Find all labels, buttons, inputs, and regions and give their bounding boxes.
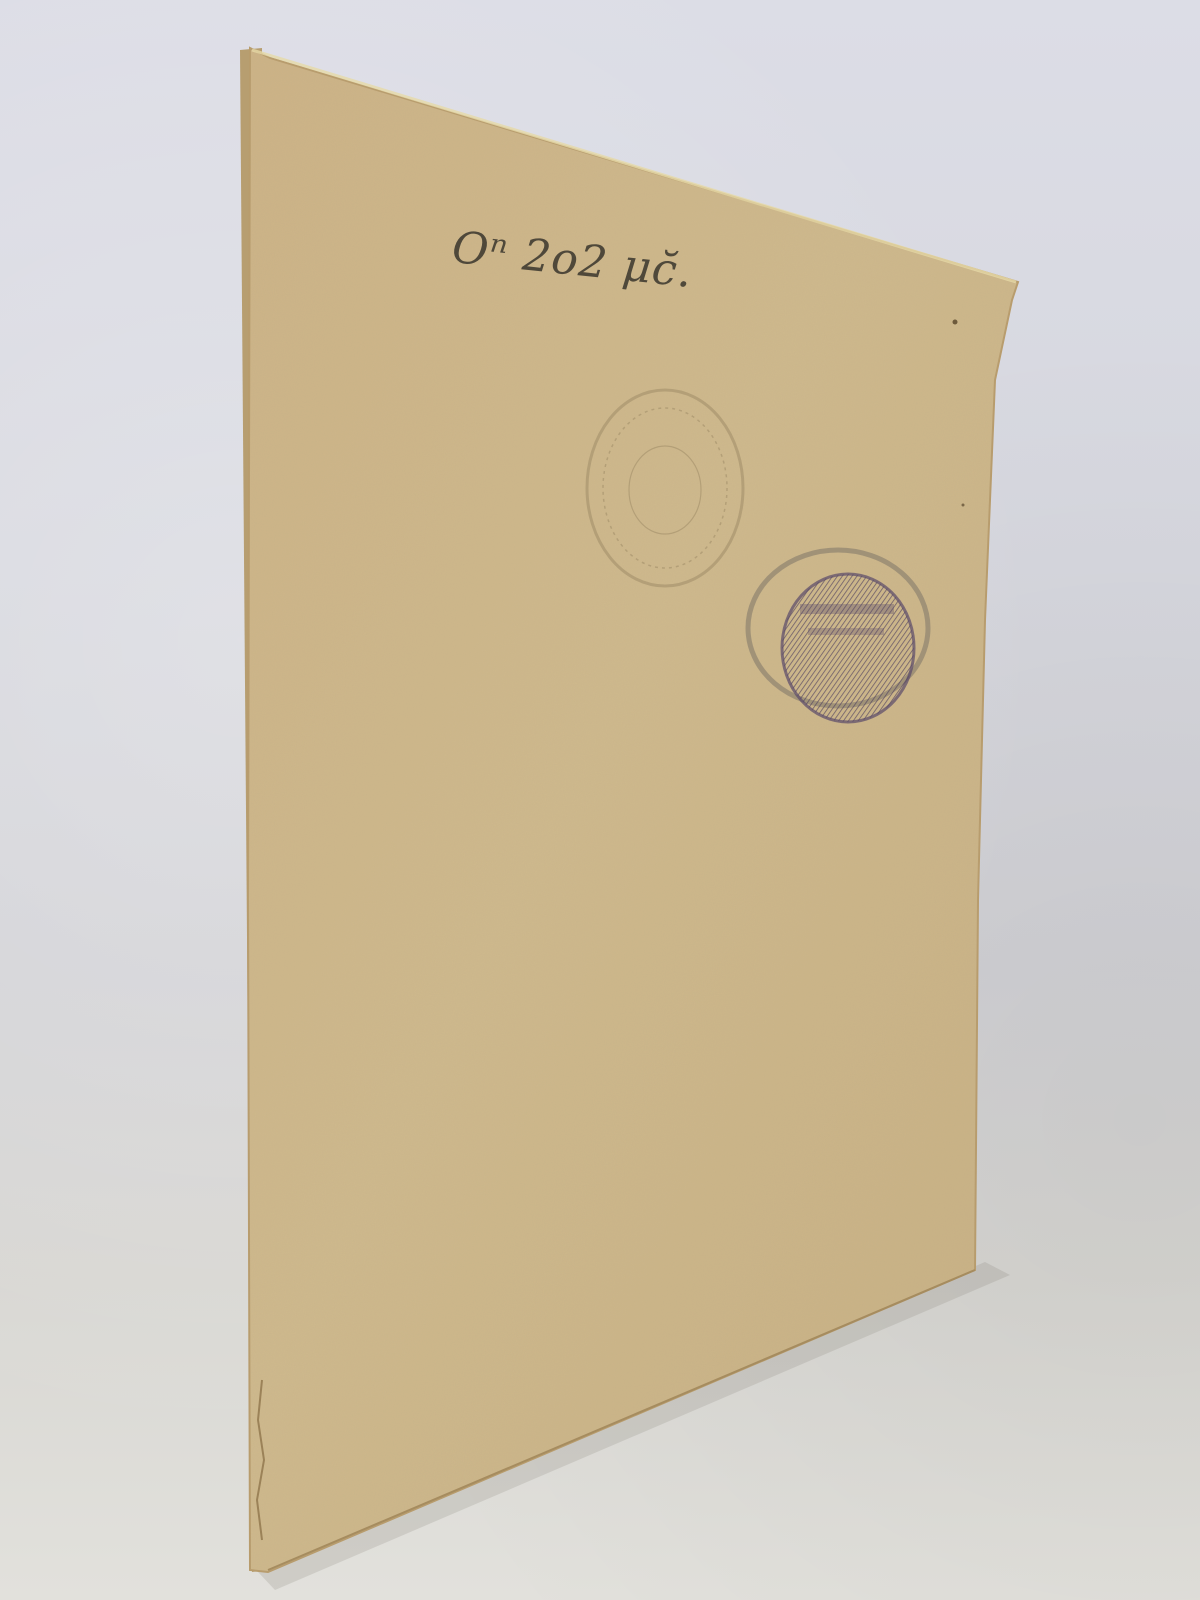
paper-speck [953, 320, 958, 325]
photo-scene: Oⁿ 2o2 μc̆. [0, 0, 1200, 1600]
paper-speck [962, 504, 965, 507]
